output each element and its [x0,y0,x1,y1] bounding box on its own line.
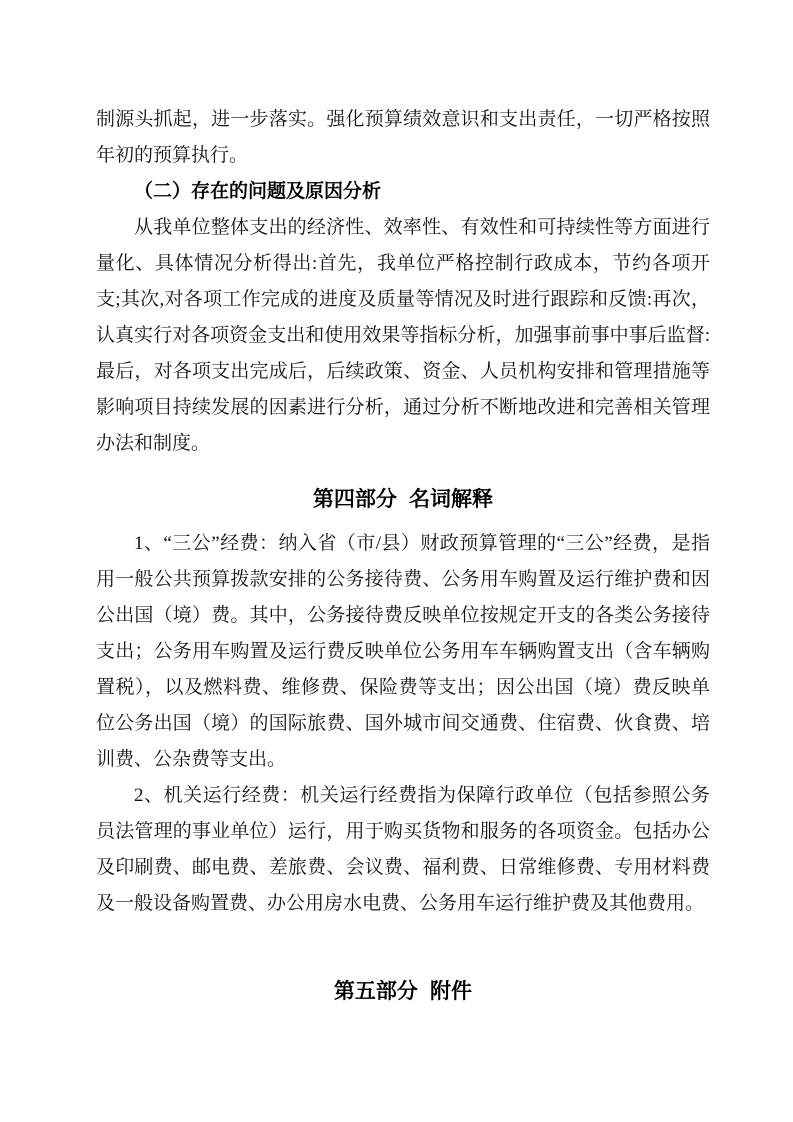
section-heading-part4-glossary: 第四部分 名词解释 [96,482,710,518]
document-page: 制源头抓起，进一步落实。强化预算绩效意识和支出责任，一切严格按照年初的预算执行。… [0,0,793,1122]
paragraph-expenditure-analysis: 从我单位整体支出的经济性、效率性、有效性和可持续性等方面进行量化、具体情况分析得… [96,210,710,462]
paragraph-term-sangong-funds: 1、“三公”经费：纳入省（市/县）财政预算管理的“三公”经费，是指用一般公共预算… [96,526,710,778]
paragraph-budget-execution-continuation: 制源头抓起，进一步落实。强化预算绩效意识和支出责任，一切严格按照年初的预算执行。 [96,102,710,174]
paragraph-term-agency-operating-funds: 2、机关运行经费：机关运行经费指为保障行政单位（包括参照公务员法管理的事业单位）… [96,778,710,922]
subsection-heading-problems-and-cause-analysis: （二）存在的问题及原因分析 [96,174,710,210]
section-heading-part5-attachments: 第五部分 附件 [96,974,710,1010]
